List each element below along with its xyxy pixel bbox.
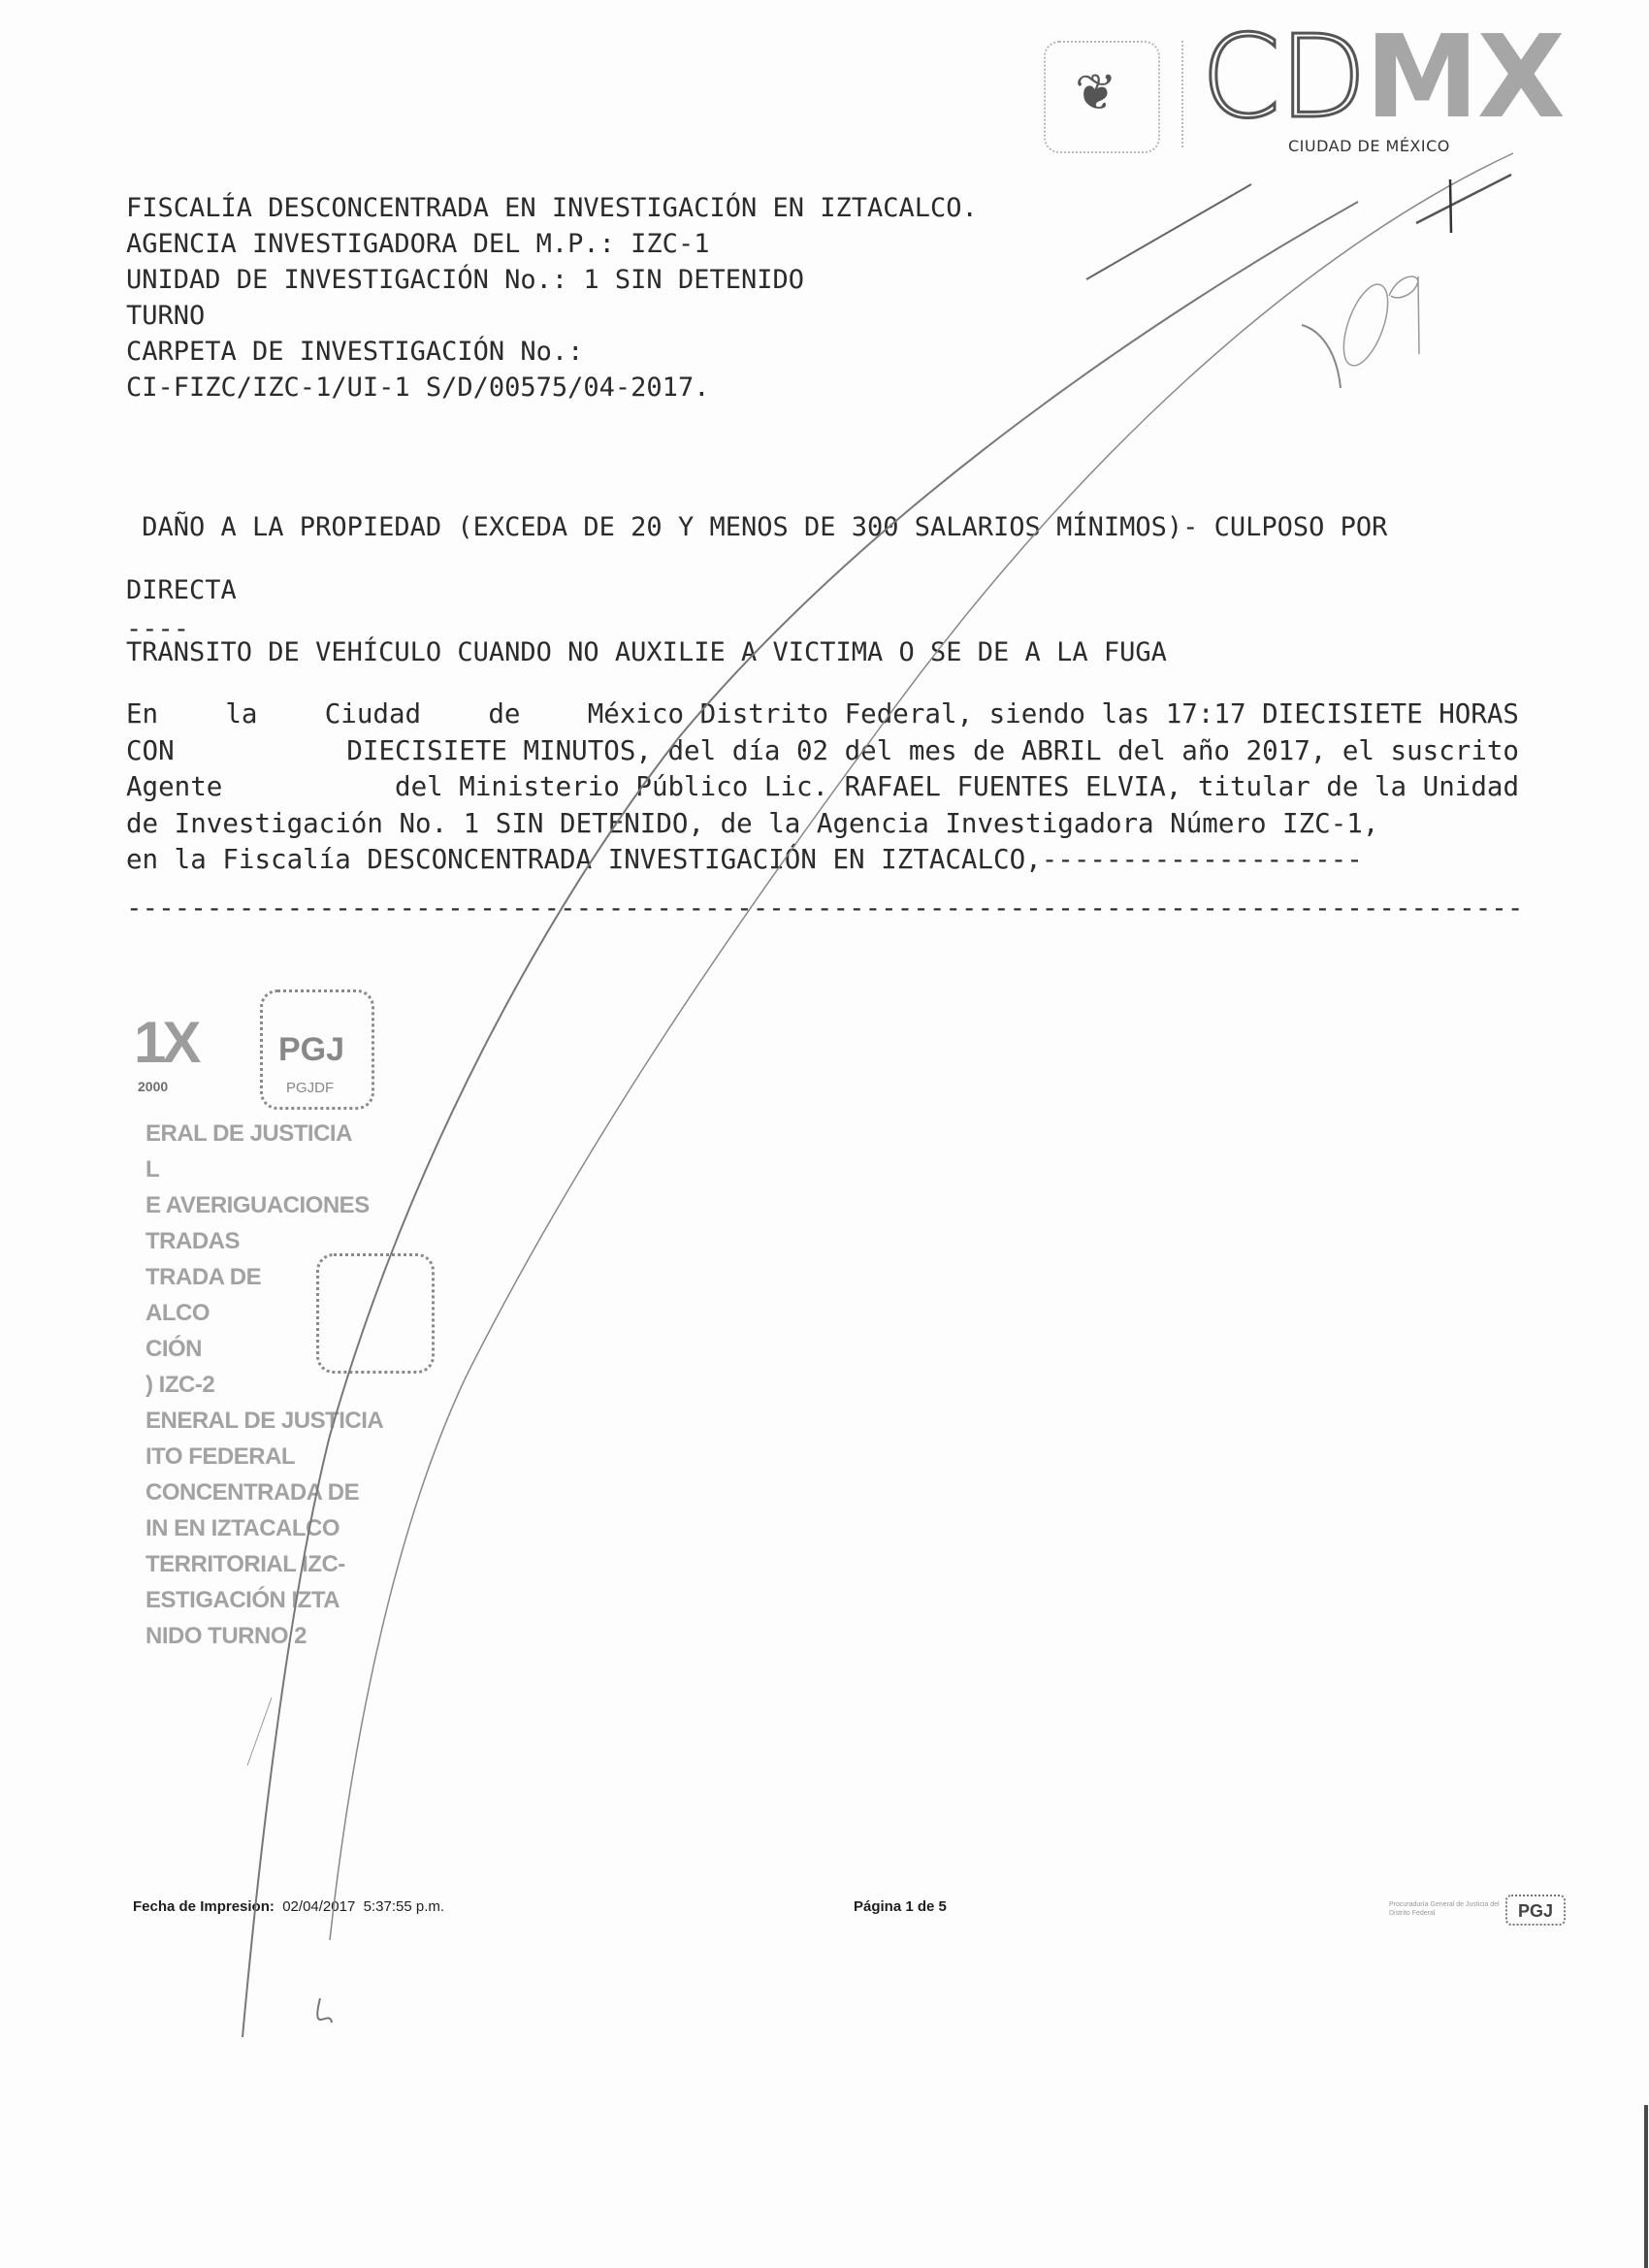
pgj-seal-sublabel: PGJDF [286, 1080, 334, 1096]
body-line: de Investigación No. 1 SIN DETENIDO, de … [126, 806, 1519, 843]
stamp-text-line: E AVERIGUACIONES [145, 1187, 383, 1223]
stamp-text-line: TRADAS [145, 1223, 383, 1259]
stamp-text-line: IN EN IZTACALCO [145, 1510, 383, 1546]
footer-logo-fine-print: Procuraduría General de Justicia del Dis… [1389, 1900, 1505, 1918]
section-underline: ---- [126, 611, 189, 647]
stamp-text-line: ALCO [145, 1295, 383, 1331]
stamp-text-line: ITO FEDERAL [145, 1439, 383, 1474]
body-paragraph: EnlaCiudaddeMéxico Distrito Federal, sie… [126, 697, 1519, 879]
cdmx-wordmark: CDMX [1201, 19, 1564, 134]
wordmark-cd: CD [1201, 10, 1365, 144]
footer-pgj-logo: Procuraduría General de Justicia del Dis… [1389, 1895, 1602, 1924]
offense-line-2: TRANSITO DE VEHÍCULO CUANDO NO AUXILIE A… [126, 632, 1387, 673]
pgj-seal-label: PGJ [278, 1031, 344, 1069]
heading-carpeta-label: CARPETA DE INVESTIGACIÓN No.: [126, 334, 583, 370]
stamp-text-line: ESTIGACIÓN IZTA [145, 1582, 383, 1618]
heading-carpeta-number: CI-FIZC/IZC-1/UI-1 S/D/00575/04-2017. [126, 370, 709, 405]
wordmark-mx: MX [1365, 10, 1563, 144]
print-date-label: Fecha de Impresion: [133, 1898, 275, 1915]
stamp-text-line: ERAL DE JUSTICIA [145, 1116, 383, 1151]
heading-unidad: UNIDAD DE INVESTIGACIÓN No.: 1 SIN DETEN… [126, 262, 804, 298]
pgj-seal-stamp: PGJ PGJDF [260, 989, 374, 1110]
office-stamp-text: ERAL DE JUSTICIALE AVERIGUACIONESTRADAST… [145, 1116, 383, 1654]
section-title: DIRECTA [126, 572, 237, 608]
stamp-text-line: TRADA DE [145, 1259, 383, 1295]
logo-divider [1181, 41, 1183, 147]
stamp-text-line: CIÓN [145, 1331, 383, 1367]
footer-logo-text: PGJ [1505, 1895, 1566, 1926]
document-page: ❦ CDMX CIUDAD DE MÉXICO FISCALÍA DESCONC… [0, 0, 1649, 2268]
print-date-value: 02/04/2017 [282, 1898, 355, 1915]
stamp-logo-year: 2000 [138, 1079, 168, 1094]
body-line: CONDIECISIETE MINUTOS, del día 02 del me… [126, 733, 1519, 770]
stamp-text-line: L [145, 1151, 383, 1187]
stamp-text-line: ENERAL DE JUSTICIA [145, 1403, 383, 1439]
body-line: en la Fiscalía DESCONCENTRADA INVESTIGAC… [126, 842, 1519, 879]
stamp-text-line: TERRITORIAL IZC- [145, 1546, 383, 1582]
angel-emblem-icon: ❦ [1075, 64, 1117, 122]
print-date: Fecha de Impresion: 02/04/2017 5:37:55 p… [133, 1898, 444, 1915]
body-line: Agentedel Ministerio Público Lic. RAFAEL… [126, 769, 1519, 806]
body-line: EnlaCiudaddeMéxico Distrito Federal, sie… [126, 697, 1519, 733]
scan-edge-shadow [1644, 2105, 1648, 2268]
page-number: Página 1 de 5 [854, 1898, 947, 1915]
heading-fiscalia: FISCALÍA DESCONCENTRADA EN INVESTIGACIÓN… [126, 190, 978, 226]
stamp-text-line: NIDO TURNO 2 [145, 1618, 383, 1654]
heading-turno: TURNO [126, 298, 205, 334]
logo-subtitle: CIUDAD DE MÉXICO [1288, 137, 1450, 155]
stamp-text-line: ) IZC-2 [145, 1367, 383, 1403]
print-time-value: 5:37:55 p.m. [364, 1898, 444, 1915]
stamp-logo-text: 1X [134, 1009, 197, 1076]
cdmx-emblem-box: ❦ [1044, 41, 1160, 153]
offense-line-1: DAÑO A LA PROPIEDAD (EXCEDA DE 20 Y MENO… [126, 506, 1387, 548]
heading-agencia: AGENCIA INVESTIGADORA DEL M.P.: IZC-1 [126, 226, 709, 262]
dashed-separator: ----------------------------------------… [126, 891, 1519, 926]
stamp-text-line: CONCENTRADA DE [145, 1474, 383, 1510]
